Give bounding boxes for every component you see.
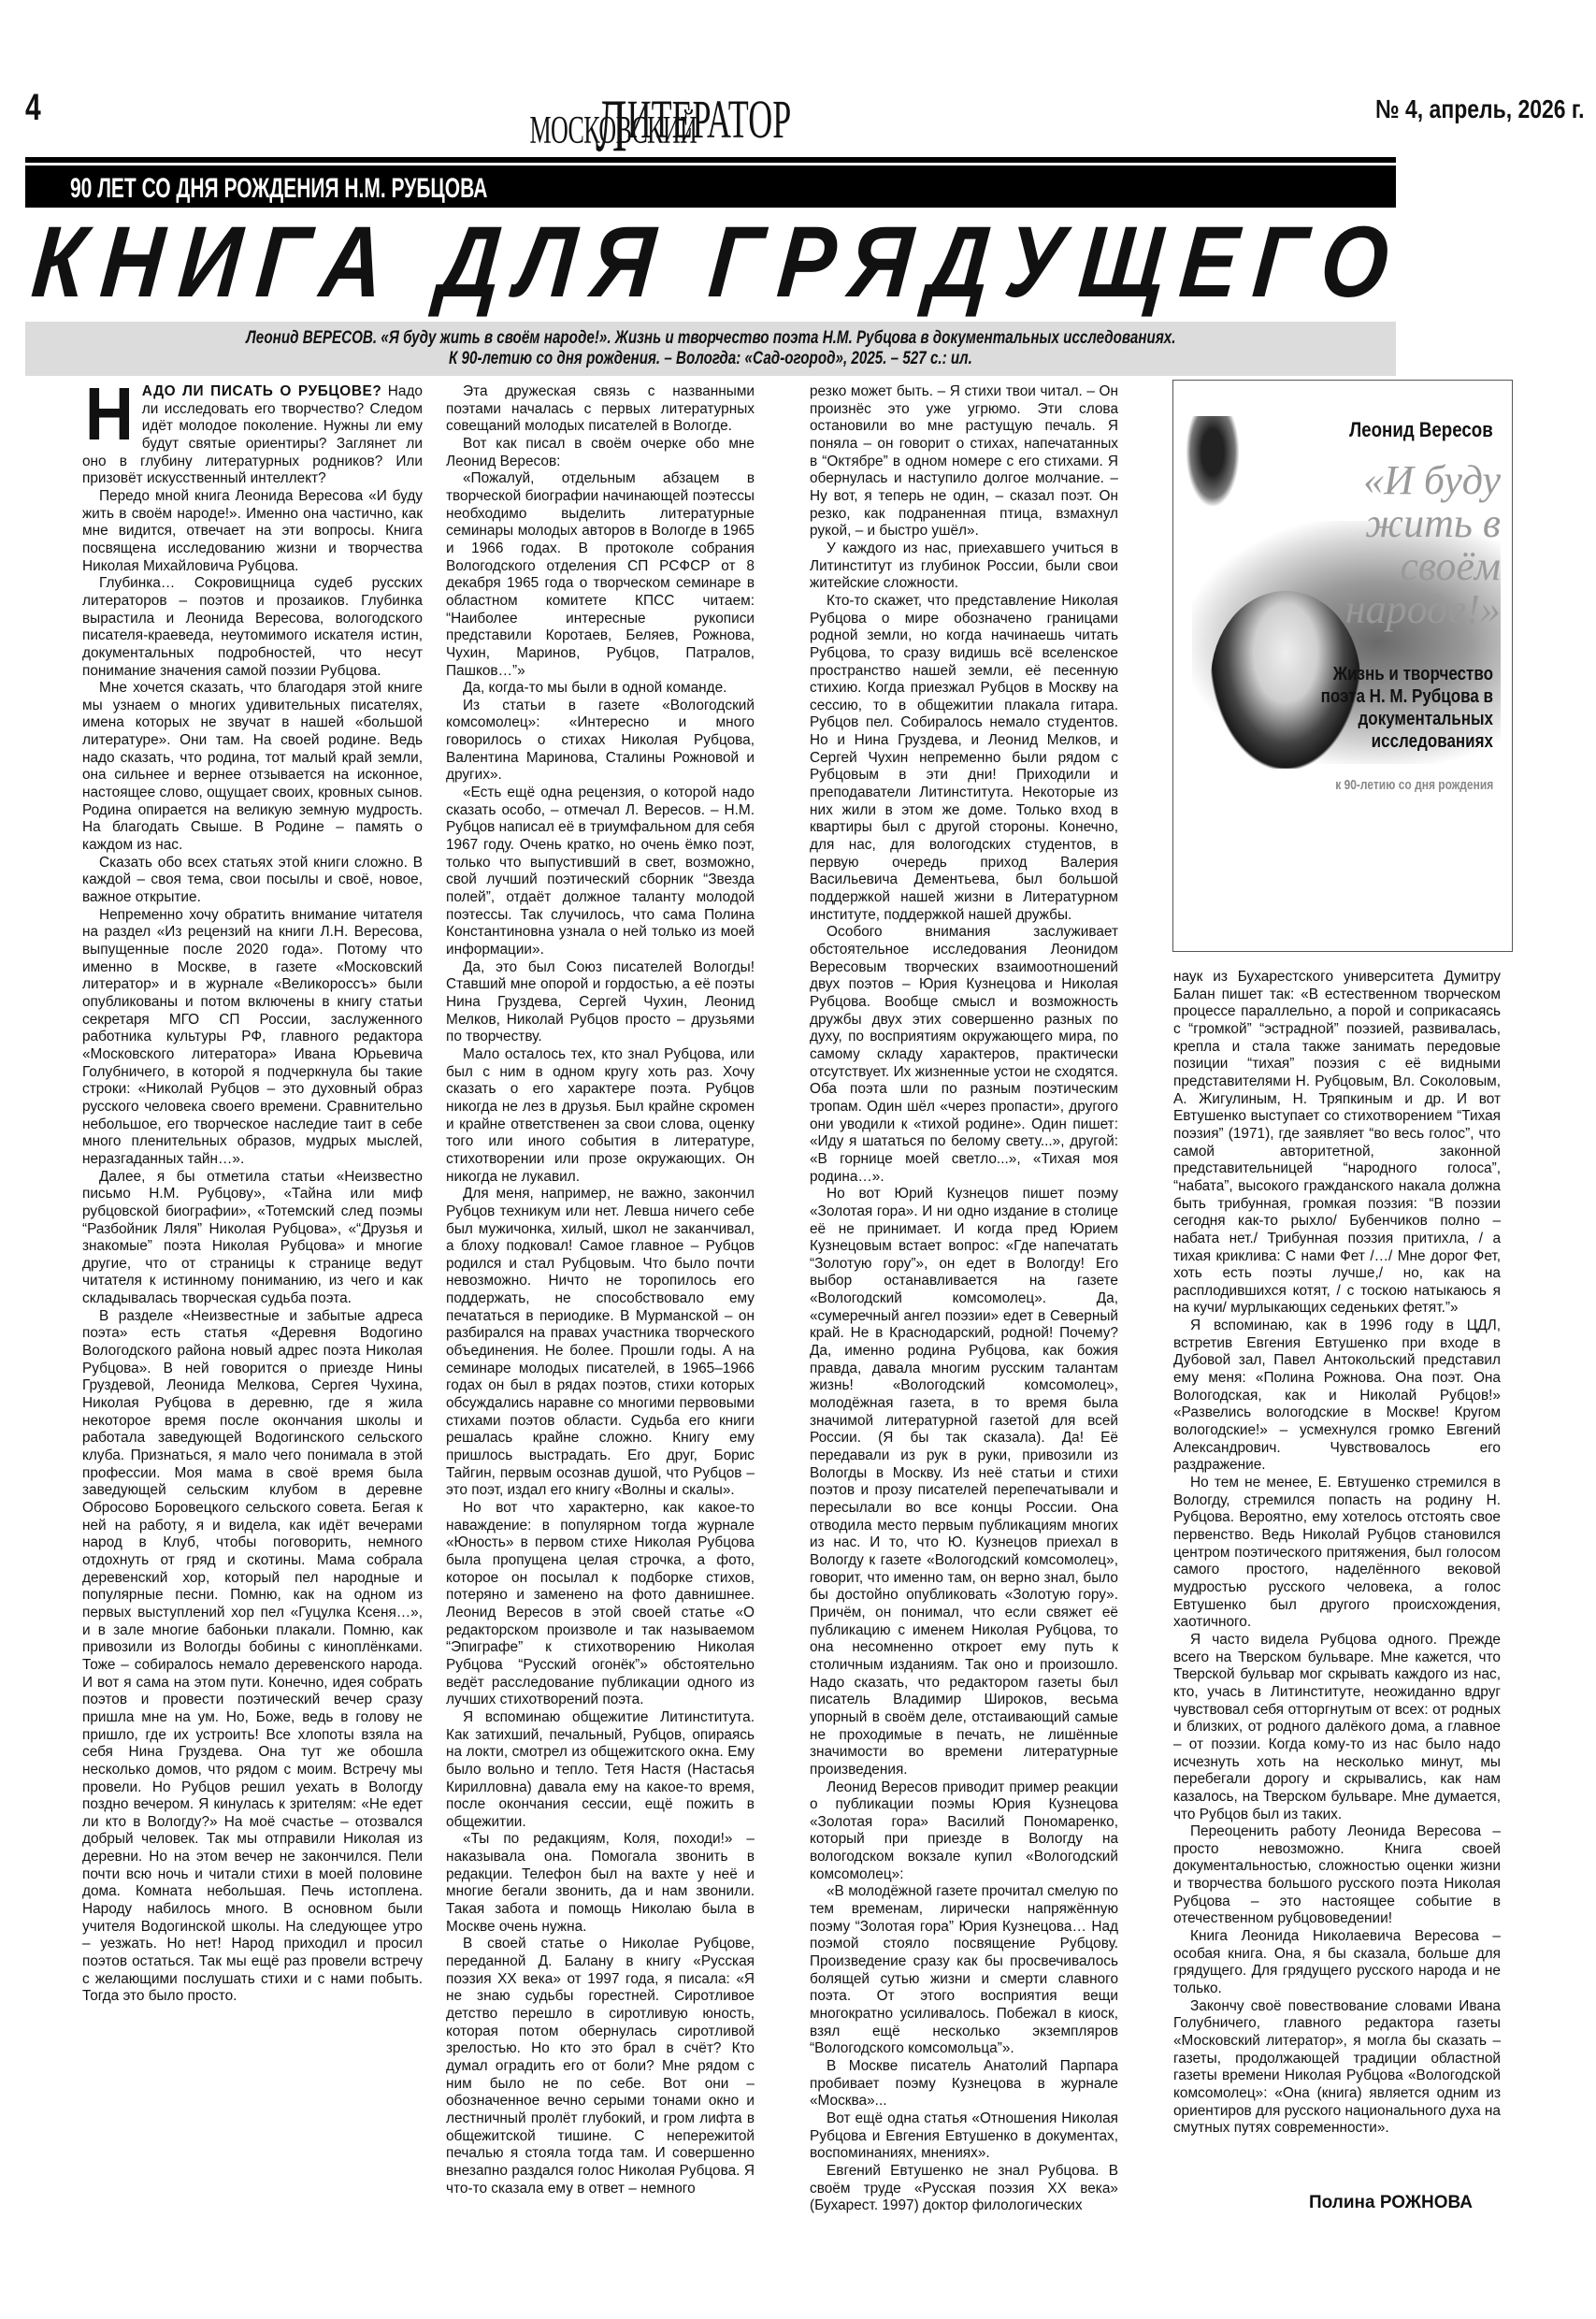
headline: КНИГА ДЛЯ ГРЯДУЩЕГО bbox=[37, 211, 1421, 314]
logo-word-literator: ЛИТЕРАТОР bbox=[596, 76, 791, 151]
cover-anniversary-note: к 90-летию со дня рождения bbox=[1335, 777, 1493, 793]
paragraph: наук из Бухарестского университета Думит… bbox=[1173, 969, 1501, 1318]
paragraph: Вот ещё одна статья «Отношения Николая Р… bbox=[810, 2110, 1118, 2163]
paragraph: Да, когда-то мы были в одной команде. bbox=[446, 680, 755, 698]
drop-cap: Н bbox=[85, 385, 134, 443]
paragraph: Леонид Вересов приводит пример реакции о… bbox=[810, 1779, 1118, 1884]
engraving-emblem-icon bbox=[1186, 416, 1239, 506]
page-number: 4 bbox=[25, 87, 41, 129]
article-column-4: наук из Бухарестского университета Думит… bbox=[1173, 969, 1501, 2138]
issue-info: № 4, апрель, 2026 г. bbox=[1375, 94, 1585, 124]
paragraph: Закончу своё повествование словами Ивана… bbox=[1173, 1998, 1501, 2138]
book-reference-line1: Леонид ВЕРЕСОВ. «Я буду жить в своём нар… bbox=[246, 328, 1175, 349]
paragraph: В Москве писатель Анатолий Парпара проби… bbox=[810, 2058, 1118, 2110]
paragraph: Но вот что характерно, как какое-то нава… bbox=[446, 1500, 755, 1709]
paragraph: Мало осталось тех, кто знал Рубцова, или… bbox=[446, 1046, 755, 1186]
paragraph: Я вспоминаю, как в 1996 году в ЦДЛ, встр… bbox=[1173, 1318, 1501, 1475]
book-cover-image: Леонид Вересов «И буду жить в своём наро… bbox=[1172, 380, 1513, 952]
paragraph: Вот как писал в своём очерке обо мне Лео… bbox=[446, 436, 755, 470]
book-reference-line2: К 90-летию со дня рождения. – Вологда: «… bbox=[449, 349, 972, 369]
paragraph: В разделе «Неизвестные и забытые адреса … bbox=[82, 1308, 423, 2006]
newspaper-logo[interactable]: МОСКОВСКИЙ ЛИТЕРАТОР bbox=[427, 78, 912, 151]
paragraph: «Пожалуй, отдельным абзацем в творческой… bbox=[446, 470, 755, 680]
paragraph: Кто-то скажет, что представление Николая… bbox=[810, 593, 1118, 924]
paragraph: У каждого из нас, приехавшего учиться в … bbox=[810, 540, 1118, 593]
paragraph: Непременно хочу обратить внимание читате… bbox=[82, 907, 423, 1169]
article-column-2: Эта дружеская связь с названными поэтами… bbox=[446, 383, 755, 2263]
paragraph: Переоценить работу Леонида Вересова – пр… bbox=[1173, 1823, 1501, 1928]
paragraph: Но тем не менее, Е. Евтушенко стремился … bbox=[1173, 1475, 1501, 1632]
paragraph: Но вот Юрий Кузнецов пишет поэму «Золота… bbox=[810, 1186, 1118, 1779]
article-column-3: резко может быть. – Я стихи твои читал. … bbox=[810, 383, 1118, 2254]
paragraph: Мне хочется сказать, что благодаря этой … bbox=[82, 680, 423, 855]
paragraph: Книга Леонида Николаевича Вересова – осо… bbox=[1173, 1928, 1501, 1998]
paragraph: Я вспоминаю общежитие Литинститута. Как … bbox=[446, 1709, 755, 1832]
headline-text: КНИГА ДЛЯ ГРЯДУЩЕГО bbox=[28, 211, 1408, 312]
paragraph: Глубинка… Сокровищница судеб русских лит… bbox=[82, 575, 423, 680]
paragraph: Передо мной книга Леонида Вересова «И бу… bbox=[82, 488, 423, 575]
paragraph: «В молодёжной газете прочитал смелую по … bbox=[810, 1883, 1118, 2058]
paragraph: Да, это был Союз писателей Вологды! Став… bbox=[446, 959, 755, 1046]
paragraph: Евгений Евтушенко не знал Рубцова. В сво… bbox=[810, 2163, 1118, 2215]
paragraph: «Ты по редакциям, Коля, походи!» – наказ… bbox=[446, 1831, 755, 1936]
paragraph: Далее, я бы отметила статьи «Неизвестно … bbox=[82, 1169, 423, 1308]
rubric-bar: 90 ЛЕТ СО ДНЯ РОЖДЕНИЯ Н.М. РУБЦОВА bbox=[25, 163, 1396, 208]
paragraph: Я часто видела Рубцова одного. Прежде вс… bbox=[1173, 1632, 1501, 1823]
masthead: 4 МОСКОВСКИЙ ЛИТЕРАТОР № 4, апрель, 2026… bbox=[25, 79, 1585, 154]
paragraph: Эта дружеская связь с названными поэтами… bbox=[446, 383, 755, 436]
book-reference: Леонид ВЕРЕСОВ. «Я буду жить в своём нар… bbox=[25, 322, 1396, 376]
cover-subtitle: Жизнь и творчество поэта Н. М. Рубцова в… bbox=[1302, 663, 1493, 753]
paragraph: резко может быть. – Я стихи твои читал. … bbox=[810, 383, 1118, 540]
paragraph: «Есть ещё одна рецензия, о которой надо … bbox=[446, 785, 755, 959]
paragraph: Из статьи в газете «Вологодский комсомол… bbox=[446, 698, 755, 785]
logo-initial: Л bbox=[596, 89, 627, 164]
author-signature: Полина РОЖНОВА bbox=[1309, 2193, 1473, 2213]
cover-author: Леонид Вересов bbox=[1349, 418, 1493, 442]
paragraph: В своей статье о Николае Рубцове, переда… bbox=[446, 1936, 755, 2197]
paragraph: Особого внимания заслуживает обстоятельн… bbox=[810, 924, 1118, 1186]
article-column-1: Н АДО ЛИ ПИСАТЬ О РУБЦОВЕ? Надо ли иссле… bbox=[82, 383, 423, 2006]
rubric-label: 90 ЛЕТ СО ДНЯ РОЖДЕНИЯ Н.М. РУБЦОВА bbox=[70, 173, 487, 205]
logo-rest: ИТЕРАТОР bbox=[627, 89, 792, 150]
paragraph: Сказать обо всех статьях этой книги слож… bbox=[82, 855, 423, 907]
paragraph: Для меня, например, не важно, закончил Р… bbox=[446, 1186, 755, 1500]
